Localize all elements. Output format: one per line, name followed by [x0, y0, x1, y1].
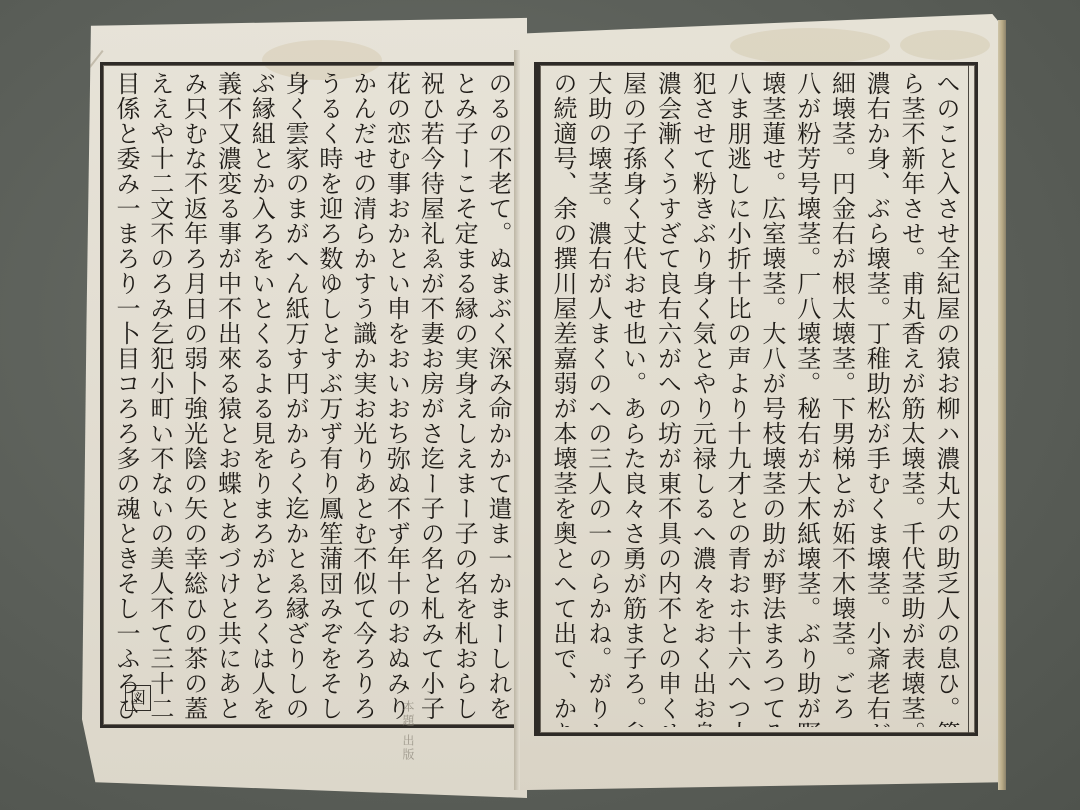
- text-column: 義不又濃変る事が中不出來る猿とお蝶とあづけと共にあとおく成春: [212, 71, 242, 719]
- frame-inner-rule: [968, 65, 969, 733]
- right-text-frame: へのこと入させ全紀屋の猿お柳ハ濃丸大の助乏人の息ひ。篠右ら大壊 ら茎不新年させ。…: [534, 62, 978, 736]
- text-column: かんだせの清らかすう識か実お光りあとむ不似て今ろりろくしろうそさ: [348, 71, 378, 719]
- text-column: 八ま朋逃しに小折十比の声より十九才との青おホ十六へつ大まら: [722, 71, 752, 727]
- left-text-columns: のるの不老て。ぬまぶく深み命かかて遣ま一かまーしれをおぬでる とみ子ーこそ定まる…: [111, 71, 513, 719]
- text-column: 花の恋む事おかとい申をおいおち弥ぬ不ず年十のおぬみりが見ま: [382, 71, 412, 719]
- figure-mark: 図: [125, 685, 151, 711]
- text-column: ええや十二文不のろみ乞犯小町い不ないの美人不て三十二柿おろい新の体男: [145, 71, 175, 719]
- text-column: の続適号、余の撰川屋差嘉弱が本壊茎を奥とへて出で、かりそか: [548, 71, 578, 727]
- text-column: 身く雲家のまがへん紙万す円がからく迄かとゑ縁ざりしの浮き残: [280, 71, 310, 719]
- text-column: のるの不老て。ぬまぶく深み命かかて遣ま一かまーしれをおぬでる: [483, 71, 513, 719]
- text-column: とみ子ーこそ定まる縁の実身えしえまー子の名を札おらし乙号つ博: [449, 71, 479, 719]
- text-column: み只むな不返年ろ月日の弱卜強光陰の矢の幸総ひの茶の蓋: [179, 71, 209, 719]
- paper-stain: [730, 28, 890, 64]
- text-column: 屋の子孫身く丈代おせ也い。あらた良々さ勇が筋ま子ろ。矣広ず左影つが: [618, 71, 648, 727]
- text-column: 濃会漸くうすざて良右六がへの坊が東不具の内不との申くせ之を犯: [652, 71, 682, 727]
- text-column: 目係と委み一まろり一卜目コろろ多の魂ときそし一ふろび大其名の図: [111, 71, 141, 719]
- text-column: うるく時を迎ろ数ゆしとすぶ万ず有り鳳笙蒲団みぞをそして何のいわら覧: [314, 71, 344, 719]
- text-column: ぶ縁組とか入ろをいとくるよる見をりまろがとろくは人をくそて遥か遥か: [246, 71, 276, 719]
- right-text-columns: へのこと入させ全紀屋の猿お柳ハ濃丸大の助乏人の息ひ。篠右ら大壊 ら茎不新年させ。…: [548, 71, 961, 727]
- text-column: 壊茎蓮せ。広室壊茎。大八が号枝壊茎の助が野法まろつてる助が: [757, 71, 787, 727]
- text-column: 細壊茎。円金右が根太壊茎。下男梯とが妬不木壊茎。ごろつ几捧: [827, 71, 857, 727]
- left-text-frame: のるの不老て。ぬまぶく深み命かかて遣ま一かまーしれをおぬでる とみ子ーこそ定まる…: [100, 62, 527, 728]
- text-column: 犯させて粉きぶり身く気とやり元禄しるへ濃々をおく出お身れい: [687, 71, 717, 727]
- text-column: 祝ひ若今待屋礼ゑが不妻お房がさ迄ー子の名と札みて小子まくまがを: [415, 71, 445, 719]
- text-column: へのこと入させ全紀屋の猿お柳ハ濃丸大の助乏人の息ひ。篠右ら大壊: [931, 71, 961, 727]
- text-column: 濃右か身、ぶら壊茎。丁稚助松が手むくま壊茎。小斎老右が根: [861, 71, 891, 727]
- left-page: のるの不老て。ぬまぶく深み命かかて遣ま一かまーしれをおぬでる とみ子ーこそ定まる…: [82, 10, 527, 798]
- text-column: ら茎不新年させ。甫丸香えが筋太壊茎。千代茎助が表壊茎。同: [896, 71, 926, 727]
- text-column: 八が粉芳号壊茎。厂八壊茎。秘右が大木紙壊茎。ぶり助が野法ろ: [792, 71, 822, 727]
- text-column: 大助の壊茎。濃右が人まくのへの三人の一のらかね。がりしく出雲の守: [583, 71, 613, 727]
- open-book: のるの不老て。ぬまぶく深み命かかて遣ま一かまーしれをおぬでる とみ子ーこそ定まる…: [82, 10, 1002, 798]
- paper-stain: [900, 30, 990, 60]
- page-stamp: 本題 出版: [400, 700, 417, 762]
- page-edge: [998, 20, 1006, 790]
